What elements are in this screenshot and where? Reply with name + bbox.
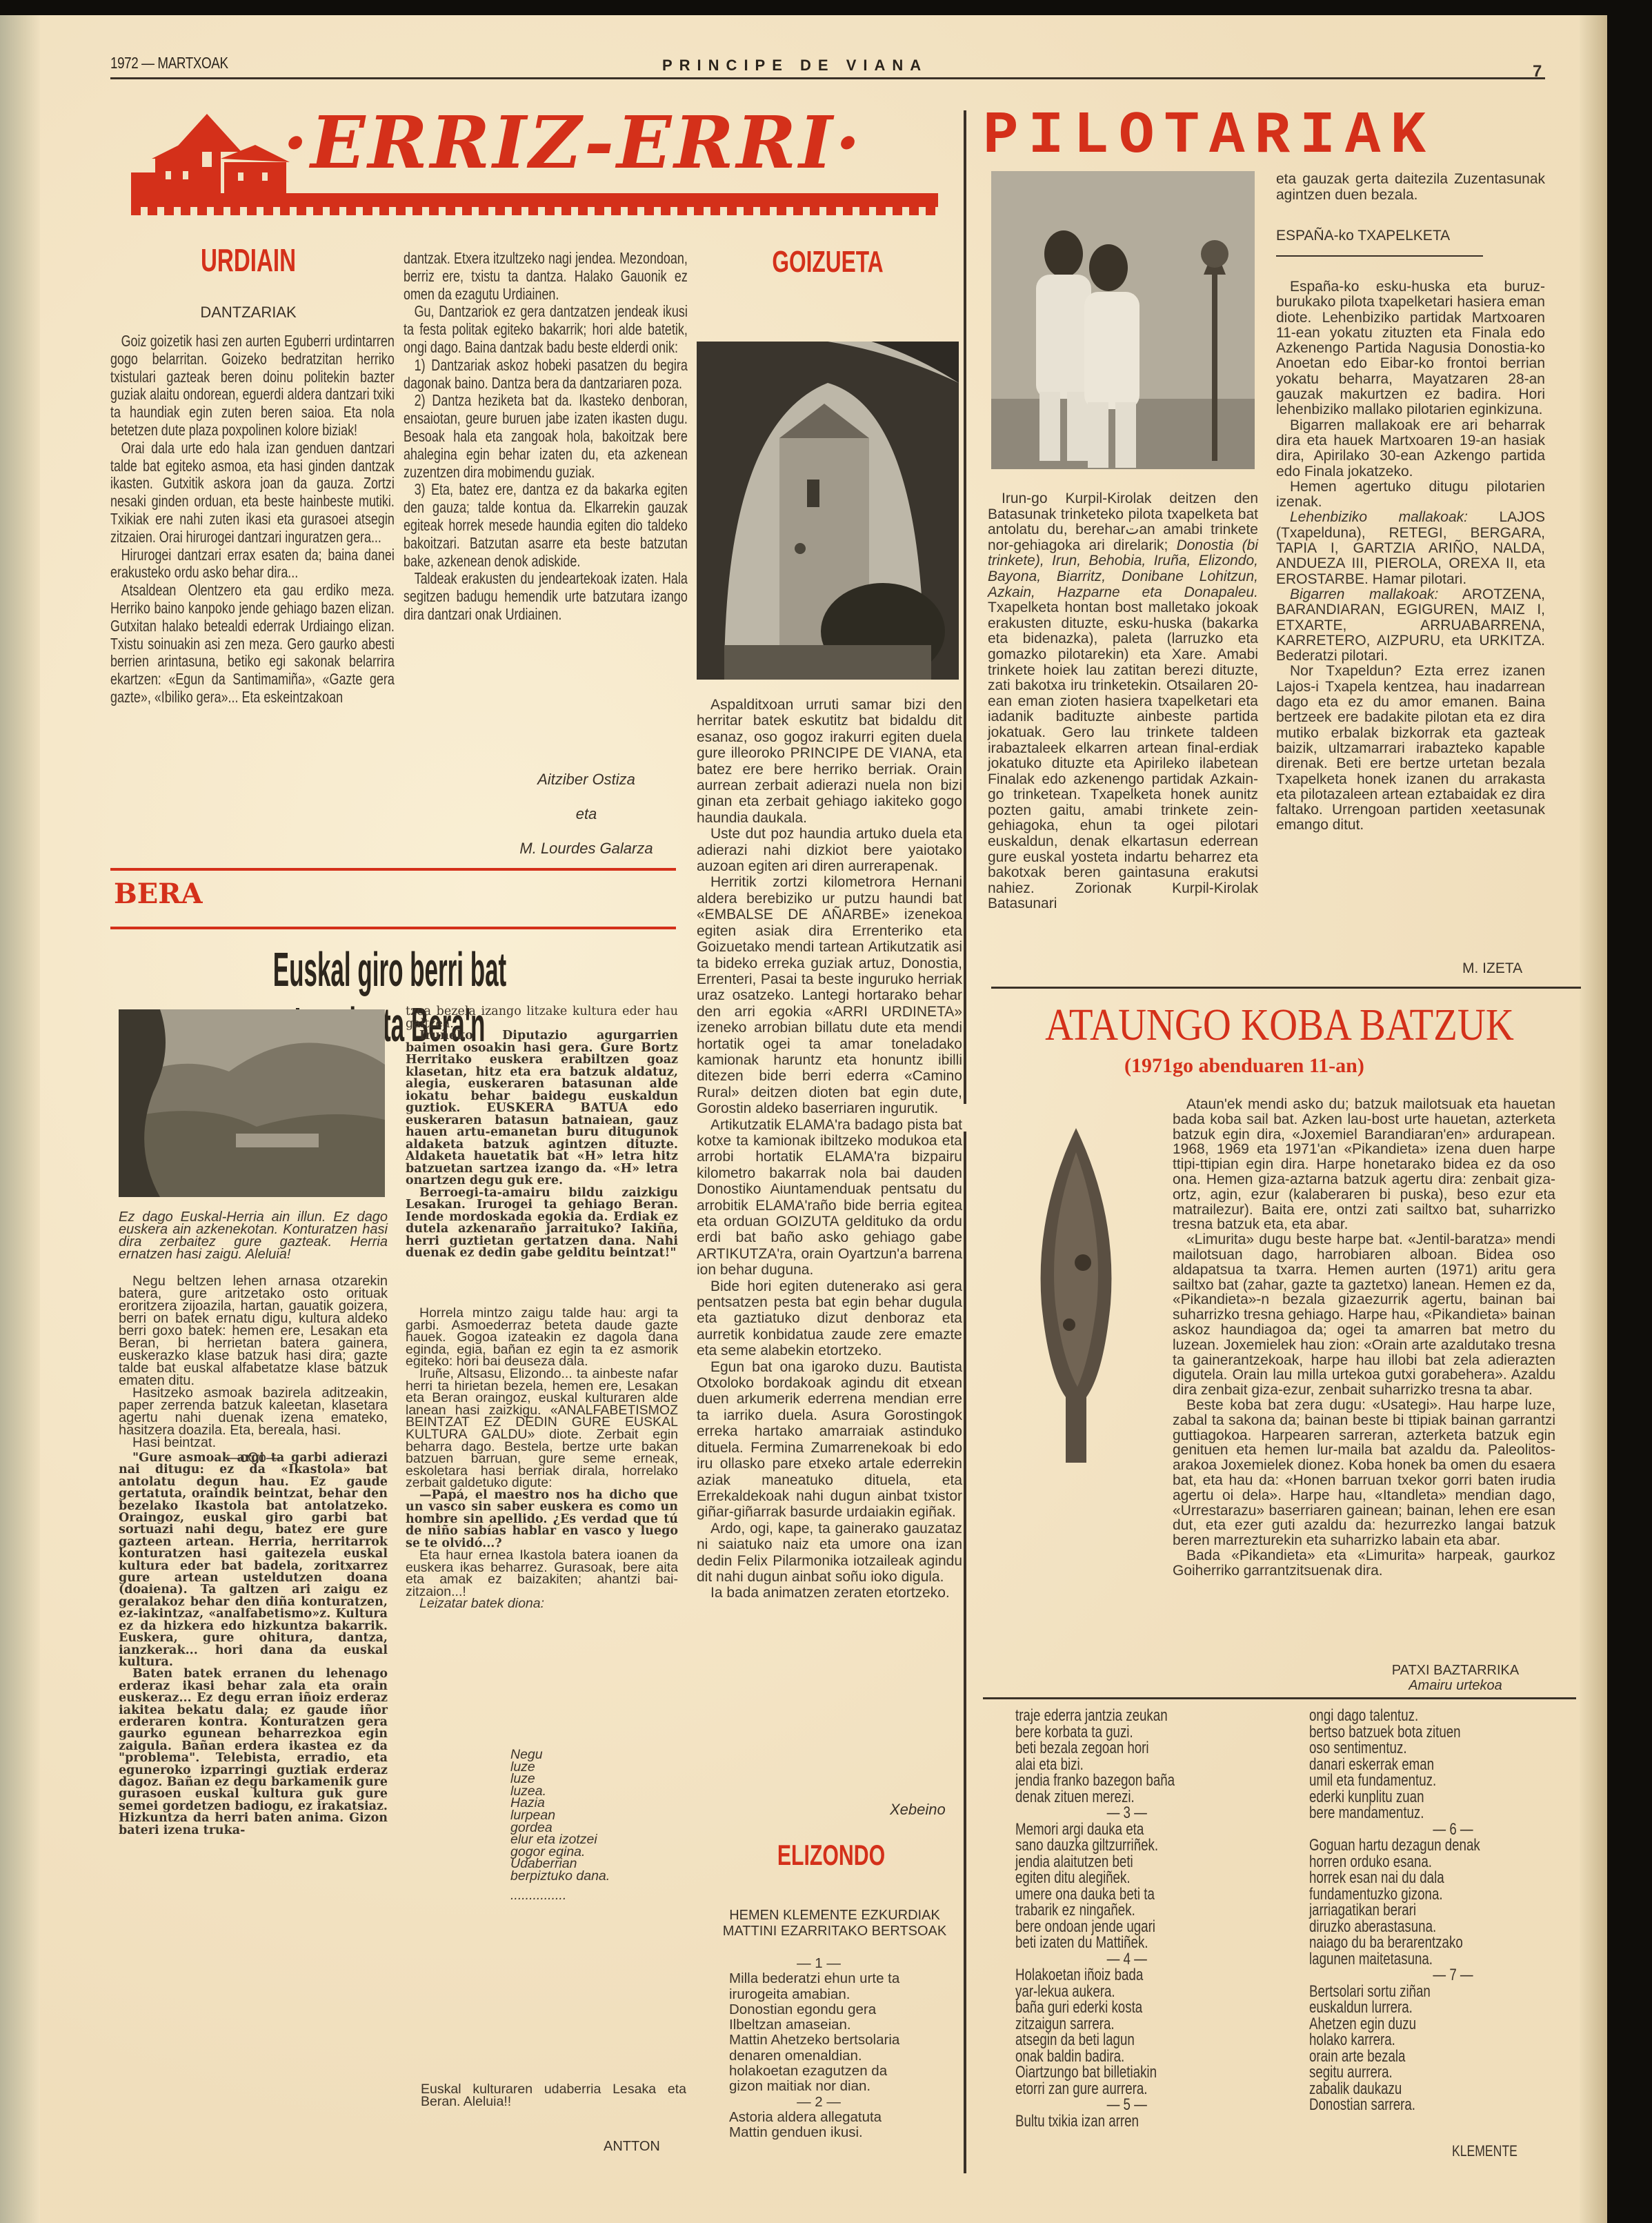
valley-landscape-photo <box>119 1009 385 1197</box>
second-division-label: Bigarren mallakoak: <box>1290 586 1438 602</box>
section-rule <box>991 987 1581 989</box>
spanish-quote: —Papá, el maestro nos ha dicho que un va… <box>406 1490 678 1550</box>
elizondo-title: ELIZONDO <box>759 1839 904 1872</box>
issue-date: 1972 — MARTXOAK <box>110 54 228 72</box>
bera-signature: ANTTON <box>604 2139 660 2155</box>
paragraph: Iruñeko Diputazio agurgarrien baimen oso… <box>406 1030 678 1187</box>
paragraph: Bide hori egiten dutenerako asi gera pen… <box>697 1278 962 1359</box>
espana-subhead: ESPAÑA-ko TXAPELKETA <box>1276 228 1450 244</box>
espana-body: España-ko esku-huska eta buruz-burukako … <box>1276 279 1545 833</box>
paragraph: 1) Dantzariak askoz hobeki pasatzen du b… <box>404 357 688 393</box>
bera-closing: Euskal kulturaren udaberria Lesaka eta B… <box>421 2084 686 2108</box>
ellipsis-separator: ............... <box>510 1890 676 1902</box>
page-edge <box>1580 0 1607 2223</box>
verse-line: denak zituen merezi. <box>1015 1789 1263 1806</box>
paragraph: Orai dala urte edo hala izan genduen dan… <box>110 439 395 546</box>
paragraph: Ia bada animatzen zeraten etortzeko. <box>697 1585 962 1601</box>
verse-line: jarriagatikan berari <box>1309 1902 1567 1919</box>
stanza-number: — 2 — <box>729 2095 977 2110</box>
church-tower-image <box>697 342 959 680</box>
paragraph: Taldeak erakusten du jendeartekoak izate… <box>404 570 688 623</box>
bera-intro-italic: Ez dago Euskal-Herria ain illun. Ez dago… <box>119 1211 388 1261</box>
urdiain-subtitle: DANTZARIAK <box>110 304 386 322</box>
binding-gutter <box>0 0 40 2223</box>
banner-crenellation <box>131 206 938 215</box>
paragraph: Ataun'ek mendi asko du; batzuk mailotsua… <box>1173 1097 1555 1232</box>
verse-line: traje ederra jantzia zeukan <box>1015 1708 1263 1724</box>
verse-line: jendia alaitutzen beti <box>1015 1854 1263 1870</box>
verse-line: diruzko aberastasuna. <box>1309 1919 1567 1935</box>
paragraph: Eta haur ernea Ikastola batera ioanen da… <box>406 1550 678 1598</box>
paragraph: Beste koba bat zera dugu: «Usategi». Hau… <box>1173 1398 1555 1548</box>
paragraph: Berroegi-ta-amairu bildu zaizkigu Lesaka… <box>406 1187 678 1260</box>
verse-line: orain arte bezala <box>1309 2048 1567 2065</box>
verse-line: fundamentuzko gizona. <box>1309 1886 1567 1903</box>
paragraph: Gu, Dantzariok ez gera dantzatzen jendea… <box>404 303 688 356</box>
publication-name: PRINCIPE DE VIANA <box>662 57 928 75</box>
verse-line: Donostian egondu gera <box>729 2002 977 2017</box>
goizueta-body: Aspalditxoan urruti samar bizi den herri… <box>697 697 962 1601</box>
verse-line: zitzaigun sarrera. <box>1015 2016 1263 2033</box>
stanza-number: — 3 — <box>1015 1805 1263 1821</box>
paragraph: Uste dut poz haundia artuko duela eta ad… <box>697 826 962 874</box>
urdiain-title: URDIAIN <box>189 241 308 279</box>
subtitle-line: MATTINI EZARRITAKO BERTSOAK <box>697 1924 973 1939</box>
verse-line: holakoetan ezagutzen da <box>729 2064 977 2079</box>
paragraph: 3) Eta, batez ere, dantza ez da bakarka … <box>404 481 688 570</box>
author-name: Aitziber Ostiza <box>483 762 690 797</box>
paragraph: Hemen agertuko ditugu pilotarien izenak. <box>1276 480 1545 511</box>
verse-line: Memori argi dauka eta <box>1015 1821 1263 1838</box>
stone-spearhead-photo <box>1021 1125 1131 1470</box>
paragraph: Horrela mintzo zaigu talde hau: argi ta … <box>406 1307 678 1368</box>
elizondo-stanzas-col2: traje ederra jantzia zeukan bere korbata… <box>1015 1708 1263 2129</box>
verse-line: beti izaten du Mattiñek. <box>1015 1935 1263 1951</box>
verse-line: holako karrera. <box>1309 2032 1567 2048</box>
verse-line: horren orduko esana. <box>1309 1854 1567 1870</box>
verse-line: naiago du ba berarentzako <box>1309 1935 1567 1951</box>
stanza-number: — 1 — <box>729 1956 977 1971</box>
valley-image <box>119 1009 385 1197</box>
verse-line: lagunen maitetasuna. <box>1309 1951 1567 1968</box>
ataun-signature: PATXI BAZTARRIKA Amairu urtekoa <box>1352 1663 1559 1693</box>
section-banner-title: ·ERRIZ-ERRI· <box>283 100 863 185</box>
bera-column-1: Negu beltzen lehen arnasa otzarekin bate… <box>119 1275 388 1467</box>
paragraph: 2) Dantza heziketa bat da. Ikasteko denb… <box>404 392 688 481</box>
newspaper-page: 1972 — MARTXOAK PRINCIPE DE VIANA 7 ·ERR… <box>0 0 1607 2223</box>
verse-line: irurogeita amabian. <box>729 1987 977 2002</box>
verse-line: bere korbata ta guzi. <box>1015 1724 1263 1741</box>
paragraph: Artikutzatik ELAMA'ra badago pista bat k… <box>697 1117 962 1278</box>
elizondo-stanzas-col3: ongi dago talentuz. bertso batzuek bota … <box>1309 1708 1567 2113</box>
paragraph: Hasi beintzat. <box>119 1436 388 1449</box>
section-rule-red <box>110 868 676 871</box>
paragraph: Bigarren mallakoak ere ari beharrak dira… <box>1276 418 1545 480</box>
author-name: M. Lourdes Galarza <box>483 831 690 866</box>
author-note: Amairu urtekoa <box>1352 1678 1559 1693</box>
verse-line: Goguan hartu dezagun denak <box>1309 1837 1567 1854</box>
verse-line: beti bezala zegoan hori <box>1015 1740 1263 1757</box>
verse-line: berpiztuko dana. <box>510 1870 676 1883</box>
verse-line: sano dauzka giltzurriñek. <box>1015 1837 1263 1854</box>
verse-line: Bertsolari sortu ziñan <box>1309 1984 1567 2000</box>
paragraph: tzea bezela izango litzake kultura eder … <box>406 1006 678 1030</box>
bera-column-2: Horrela mintzo zaigu talde hau: argi ta … <box>406 1307 678 1610</box>
pilotariak-title: PILOTARIAK <box>983 102 1435 170</box>
players-image <box>991 171 1255 469</box>
paragraph: Hirurogei dantzari errax esaten da; bain… <box>110 546 395 582</box>
verse-line: Donostian sarrera. <box>1309 2097 1567 2113</box>
verse-line: Oiartzungo bat billetiakin <box>1015 2064 1263 2081</box>
section-rule-red <box>110 927 676 929</box>
verse-line: ongi dago talentuz. <box>1309 1708 1567 1724</box>
urdiain-column-2: dantzak. Etxera itzultzeko nagi jendea. … <box>404 250 688 624</box>
verse-line: bertso batzuek bota zituen <box>1309 1724 1567 1741</box>
ataun-body: Ataun'ek mendi asko du; batzuk mailotsua… <box>1173 1097 1555 1579</box>
goizueta-signature: Xebeino <box>890 1801 946 1819</box>
verse-line: Milla bederatzi ehun urte ta <box>729 1971 977 1986</box>
paragraph: Nor Txapeldun? Ezta errez izanen Lajos-i… <box>1276 664 1545 833</box>
elizondo-signature: KLEMENTE <box>1452 2142 1517 2160</box>
verse-line: trabarik ez ningañek. <box>1015 1902 1263 1919</box>
paragraph: Aspalditxoan urruti samar bizi den herri… <box>697 697 962 826</box>
verse-line: baña guri ederki kosta <box>1015 1999 1263 2016</box>
poem-intro: Leizatar batek diona: <box>406 1598 678 1610</box>
paragraph: dantzak. Etxera itzultzeko nagi jendea. … <box>404 250 688 303</box>
pelota-players-photo <box>991 171 1255 469</box>
section-rule <box>983 1697 1576 1699</box>
verse-line: bere ondoan jende ugari <box>1015 1919 1263 1935</box>
verse-line: Negu <box>510 1749 676 1761</box>
author-name: PATXI BAZTARRIKA <box>1352 1663 1559 1678</box>
paragraph: Hasitzeko asmoak bazirela aditzeakin, pa… <box>119 1387 388 1436</box>
verse-line: etorri zan gure aurrera. <box>1015 2081 1263 2097</box>
verse-line: gizon maitiak nor dian. <box>729 2079 977 2094</box>
verse-line: egiten ditu alegiñek. <box>1015 1870 1263 1886</box>
verse-line: Mattin genduen ikusi. <box>729 2125 977 2140</box>
ataun-title: ATAUNGO KOBA BATZUK <box>1036 999 1522 1051</box>
irun-body: Irun-go Kurpil-Kirolak deitzen den Batas… <box>988 491 1258 912</box>
paragraph: Baten batek erranen du lehenago erderaz … <box>119 1668 388 1837</box>
paragraph: «Limurita» dugu beste harpe bat. «Jentil… <box>1173 1232 1555 1398</box>
village-church-icon <box>124 110 303 197</box>
verse-line: Ilbeltzan amaseian. <box>729 2017 977 2033</box>
bera-poem: Negu luze luze luzea. Hazia lurpean gord… <box>510 1749 676 1901</box>
scan-border <box>0 0 1652 15</box>
church-tower-photo <box>697 342 959 680</box>
elizondo-subtitle: HEMEN KLEMENTE EZKURDIAK MATTINI EZARRIT… <box>697 1908 973 1939</box>
stanza-number: — 7 — <box>1309 1967 1567 1984</box>
bera-title: BERA <box>114 878 203 910</box>
banner-underline <box>131 193 938 207</box>
verse-line: Bultu txikia izan arren <box>1015 2113 1263 2130</box>
verse-line: horrek esan nai du dala <box>1309 1870 1567 1886</box>
verse-line: Mattin Ahetzeko bertsolaria <box>729 2033 977 2048</box>
verse-line: umere ona dauka beti ta <box>1015 1886 1263 1903</box>
urdiain-signature: Aitziber Ostiza eta M. Lourdes Galarza <box>483 762 690 866</box>
verse-line: Holakoetan iñoiz bada <box>1015 1967 1263 1984</box>
stanza-number: — 4 — <box>1015 1951 1263 1968</box>
irun-text-rest: Txapelketa hontan bost malletako jokoak … <box>988 600 1258 911</box>
stanza-number: — 5 — <box>1015 2097 1263 2113</box>
verse-line: denaren omenaldian. <box>729 2048 977 2064</box>
bera-quote: "Gure asmoak argi ta garbi adierazi nai … <box>119 1452 388 1837</box>
author-conjunction: eta <box>483 797 690 831</box>
paragraph: Goiz goizetik hasi zen aurten Eguberri u… <box>110 333 395 439</box>
verse-line: jendia franko bazegon baña <box>1015 1772 1263 1789</box>
paragraph: Herritik zortzi kilometrora Hernani alde… <box>697 874 962 1116</box>
verse-line: Ahetzen egin duzu <box>1309 2016 1567 2033</box>
verse-line: zabalik daukazu <box>1309 2081 1567 2097</box>
verse-line: umil eta fundamentuz. <box>1309 1772 1567 1789</box>
verse-line: Astoria aldera allegatuta <box>729 2110 977 2125</box>
verse-line: danari eskerrak eman <box>1309 1757 1567 1773</box>
paragraph: Ardo, ogi, kape, ta gainerako gauzataz n… <box>697 1521 962 1585</box>
verse-line: ederki kunplitu zuan <box>1309 1789 1567 1806</box>
column-divider <box>964 110 966 1104</box>
paragraph: España-ko esku-huska eta buruz-burukako … <box>1276 279 1545 418</box>
verse-line: bere mandamentuz. <box>1309 1805 1567 1821</box>
verse-line: atsegin da beti lagun <box>1015 2032 1263 2048</box>
paragraph: Atsaldean Olentzero eta gau erdiko meza.… <box>110 582 395 707</box>
subtitle-line: HEMEN KLEMENTE EZKURDIAK <box>697 1908 973 1924</box>
paragraph: Negu beltzen lehen arnasa otzarekin bate… <box>119 1275 388 1387</box>
verse-line: segitu aurrera. <box>1309 2064 1567 2081</box>
verse-line: alai eta bizi. <box>1015 1757 1263 1773</box>
elizondo-stanzas-col1: — 1 — Milla bederatzi ehun urte ta iruro… <box>729 1956 977 2141</box>
subhead-rule <box>1276 255 1483 257</box>
header-rule <box>110 77 1545 79</box>
verse-line: luze <box>510 1761 676 1774</box>
paragraph: Egun bat ona igaroko duzu. Bautista Otxo… <box>697 1359 962 1521</box>
bera-column-2-quote: tzea bezela izango litzake kultura eder … <box>406 1006 678 1260</box>
paragraph: "Gure asmoak argi ta garbi adierazi nai … <box>119 1452 388 1668</box>
verse-line: yar-lekua aukera. <box>1015 1984 1263 2000</box>
urdiain-column-1: Goiz goizetik hasi zen aurten Eguberri u… <box>110 333 395 707</box>
pilotariak-signature: M. IZETA <box>1462 960 1522 977</box>
pilotariak-intro: eta gauzak gerta daitezila Zuzentasunak … <box>1276 171 1545 203</box>
paragraph: Bada «Pikandieta» eta «Limurita» harpeak… <box>1173 1548 1555 1579</box>
first-division-label: Lehenbiziko mallakoak: <box>1290 509 1468 525</box>
verse-line: euskaldun lurrera. <box>1309 1999 1567 2016</box>
goizueta-title: GOIZUETA <box>753 245 902 279</box>
verse-line: onak baldin badira. <box>1015 2048 1263 2065</box>
paragraph: Iruñe, Altsasu, Elizondo... ta ainbeste … <box>406 1368 678 1490</box>
ataun-subtitle: (1971go abenduaren 11-an) <box>1124 1054 1364 1078</box>
verse-line: oso sentimentuz. <box>1309 1740 1567 1757</box>
stanza-number: — 6 — <box>1309 1821 1567 1838</box>
